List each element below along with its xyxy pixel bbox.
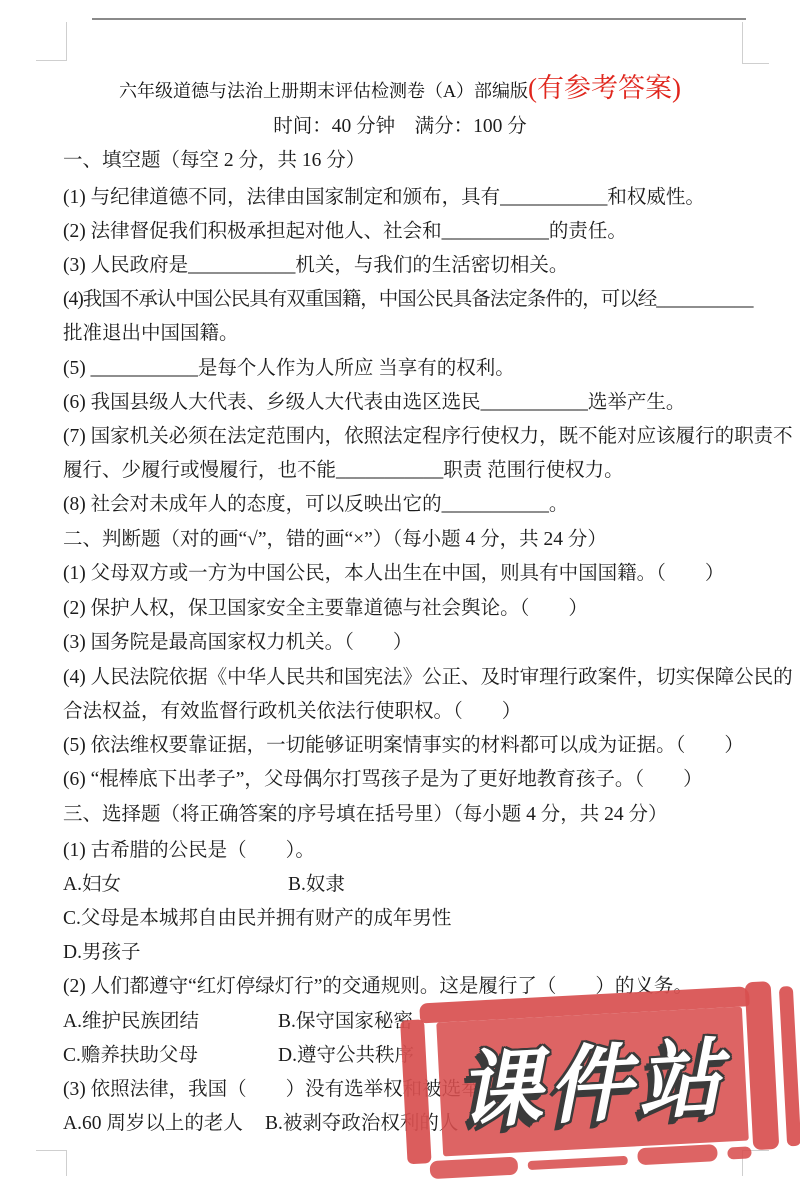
- stamp-border-bottom-dash: [727, 1146, 752, 1159]
- watermark-stamp: 课件站: [402, 990, 800, 1190]
- choice-q1-option-a: A.妇女: [63, 874, 121, 895]
- judge-q4-line1: (4) 人民法院依据《中华人民共和国宪法》公正、及时审理行政案件，切实保障公民的: [63, 665, 793, 691]
- fill-q4-line2: 批准退出中国国籍。: [63, 321, 239, 347]
- stamp-text: 课件站: [436, 1003, 749, 1153]
- choice-q1-option-d: D.男孩子: [63, 940, 140, 966]
- judge-q1: (1) 父母双方或一方为中国公民，本人出生在中国，则具有中国国籍。（ ）: [63, 561, 724, 587]
- section2-heading: 二、判断题（对的画“√”，错的画“×”）（每小题 4 分，共 24 分）: [63, 527, 607, 553]
- choice-q1-option-c: C.父母是本城邦自由民并拥有财产的成年男性: [63, 906, 451, 932]
- choice-q3-options-ab: A.60 周岁以上的老人B.被剥夺政治权利的人: [63, 1111, 243, 1137]
- top-rule: [92, 18, 746, 20]
- stamp-border-bottom-dash: [429, 1157, 518, 1180]
- judge-q3: (3) 国务院是最高国家权力机关。（ ）: [63, 630, 412, 656]
- judge-q2: (2) 保护人权，保卫国家安全主要靠道德与社会舆论。（ ）: [63, 596, 588, 622]
- judge-q5: (5) 依法维权要靠证据，一切能够证明案情事实的材料都可以成为证据。（ ）: [63, 733, 744, 759]
- choice-q3-option-a: A.60 周岁以上的老人: [63, 1113, 243, 1134]
- choice-q1-options-ab: A.妇女B.奴隶: [63, 872, 121, 898]
- stamp-border-bottom-dash: [528, 1156, 628, 1170]
- judge-q6: (6) “棍棒底下出孝子”，父母偶尔打骂孩子是为了更好地教育孩子。（ ）: [63, 767, 703, 793]
- fill-q8: (8) 社会对未成年人的态度，可以反映出它的___________。: [63, 492, 568, 518]
- fill-q7-line1: (7) 国家机关必须在法定范围内，依照法定程序行使权力，既不能对应该履行的职责不: [63, 424, 793, 450]
- crop-mark-top-right: [742, 22, 769, 64]
- fill-q2: (2) 法律督促我们积极承担起对他人、社会和___________的责任。: [63, 219, 627, 245]
- exam-title: 六年级道德与法治上册期末评估检测卷（A）部编版(有参考答案): [0, 68, 800, 112]
- stamp-border-right-outer: [779, 986, 800, 1147]
- crop-mark-top-left: [36, 22, 67, 61]
- choice-q2-option-a: A.维护民族团结: [63, 1011, 199, 1032]
- stamp-border-bottom-dash: [637, 1144, 718, 1165]
- choice-q2-options-ab: A.维护民族团结B.保守国家秘密: [63, 1009, 199, 1035]
- fill-q7-line2: 履行、少履行或慢履行，也不能___________职责 范围行使权力。: [63, 458, 624, 484]
- choice-q1: (1) 古希腊的公民是（ ）。: [63, 838, 315, 864]
- exam-document-page: 六年级道德与法治上册期末评估检测卷（A）部编版(有参考答案) 时间：40 分钟 …: [0, 0, 800, 1200]
- section3-heading: 三、选择题（将正确答案的序号填在括号里）（每小题 4 分，共 24 分）: [63, 802, 668, 828]
- fill-q1: (1) 与纪律道德不同，法律由国家制定和颁布，具有___________和权威性…: [63, 185, 705, 211]
- exam-title-answer-note: (有参考答案): [528, 73, 681, 103]
- judge-q4-line2: 合法权益，有效监督行政机关依法行使职权。（ ）: [63, 699, 521, 725]
- fill-q3: (3) 人民政府是___________机关，与我们的生活密切相关。: [63, 253, 568, 279]
- choice-q2-options-cd: C.赡养扶助父母D.遵守公共秩序: [63, 1043, 198, 1069]
- stamp-border-right: [745, 981, 780, 1150]
- choice-q2-option-d: D.遵守公共秩序: [278, 1043, 414, 1069]
- exam-time-score: 时间：40 分钟 满分：100 分: [0, 114, 800, 140]
- section1-heading: 一、填空题（每空 2 分，共 16 分）: [63, 148, 365, 174]
- choice-q2-option-b: B.保守国家秘密: [278, 1009, 413, 1035]
- choice-q2-option-c: C.赡养扶助父母: [63, 1045, 198, 1066]
- fill-q5: (5) ___________是每个人作为人所应 当享有的权利。: [63, 356, 515, 382]
- crop-mark-bottom-left: [36, 1150, 67, 1176]
- fill-q6: (6) 我国县级人大代表、乡级人大代表由选区选民___________选举产生。: [63, 390, 685, 416]
- fill-q4-line1: (4)我国不承认中国公民具有双重国籍，中国公民具备法定条件的，可以经______…: [63, 287, 753, 313]
- stamp-border-left: [400, 1019, 432, 1164]
- choice-q1-option-b: B.奴隶: [288, 872, 345, 898]
- exam-title-main: 六年级道德与法治上册期末评估检测卷（A）部编版: [119, 81, 528, 101]
